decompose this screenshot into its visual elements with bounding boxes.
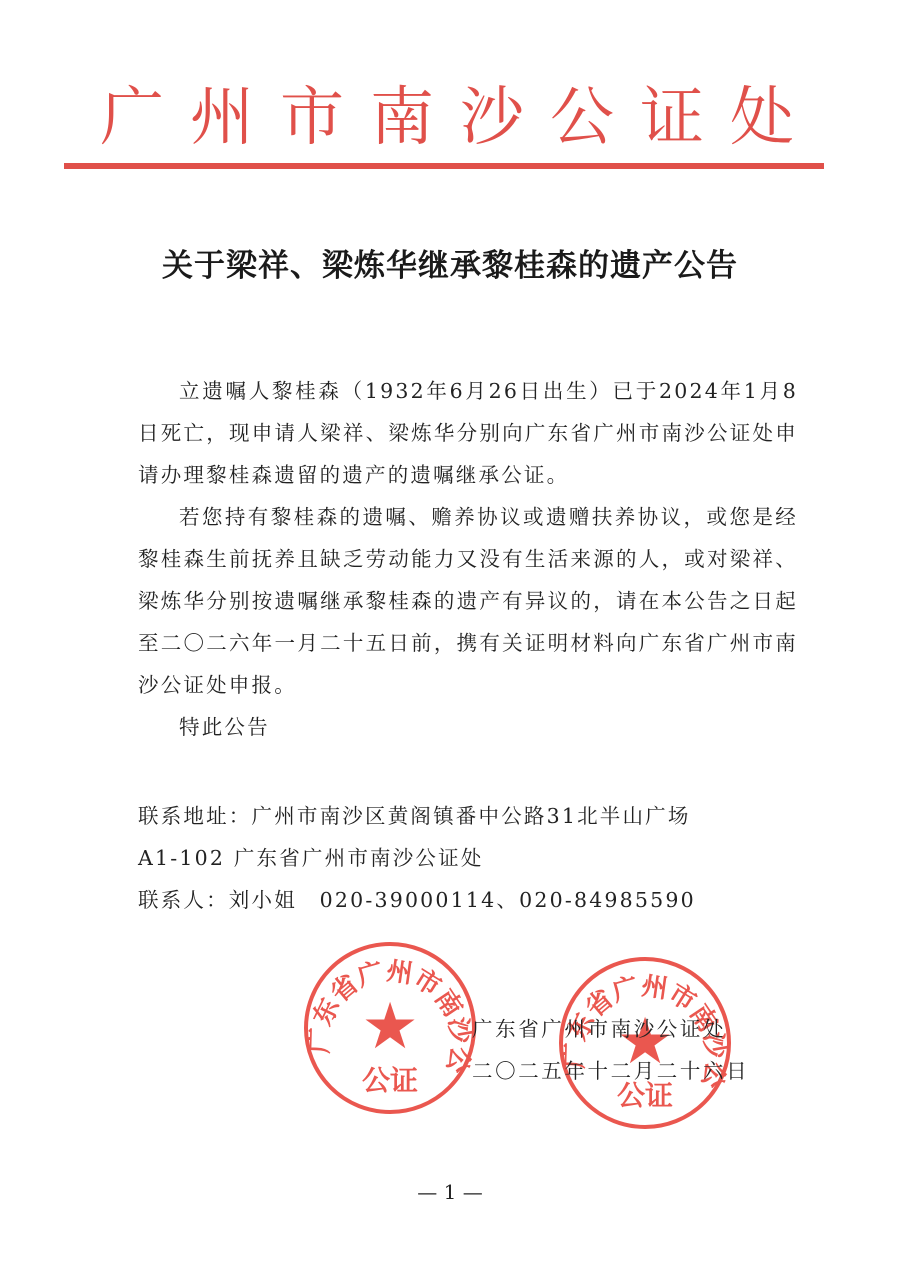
svg-text:★: ★: [361, 990, 418, 1064]
document-body: 立遗嘱人黎桂森（1932年6月26日出生）已于2024年1月8日死亡，现申请人梁…: [138, 370, 798, 748]
page-number: — 1 —: [0, 1180, 900, 1204]
paragraph-closing: 特此公告: [138, 706, 798, 748]
issuer-name: 广东省广州市南沙公证处: [472, 1008, 749, 1050]
signature-block: 广东省广州市南沙公证处 二〇二五年十二月二十六日: [472, 1008, 749, 1092]
contact-person: 联系人：刘小姐 020-39000114、020-84985590: [138, 879, 818, 921]
issue-date: 二〇二五年十二月二十六日: [472, 1050, 749, 1092]
contact-address-line-1: 联系地址：广州市南沙区黄阁镇番中公路31北半山广场: [138, 795, 818, 837]
document-title: 关于梁祥、梁炼华继承黎桂森的遗产公告: [0, 240, 900, 285]
contact-address-line-2: A1-102 广东省广州市南沙公证处: [138, 837, 818, 879]
svg-text:公证: 公证: [362, 1064, 418, 1097]
paragraph-2: 若您持有黎桂森的遗嘱、赡养协议或遗赠扶养协议，或您是经黎桂森生前抚养且缺乏劳动能…: [138, 496, 798, 706]
contact-info: 联系地址：广州市南沙区黄阁镇番中公路31北半山广场 A1-102 广东省广州市南…: [138, 795, 818, 921]
paragraph-1: 立遗嘱人黎桂森（1932年6月26日出生）已于2024年1月8日死亡，现申请人梁…: [138, 370, 798, 496]
official-seal-icon: 广东省广州市南沙公证处 ★ 公证: [300, 938, 480, 1118]
letterhead-organization: 广州市南沙公证处: [0, 78, 900, 158]
letterhead-divider: [64, 163, 824, 169]
